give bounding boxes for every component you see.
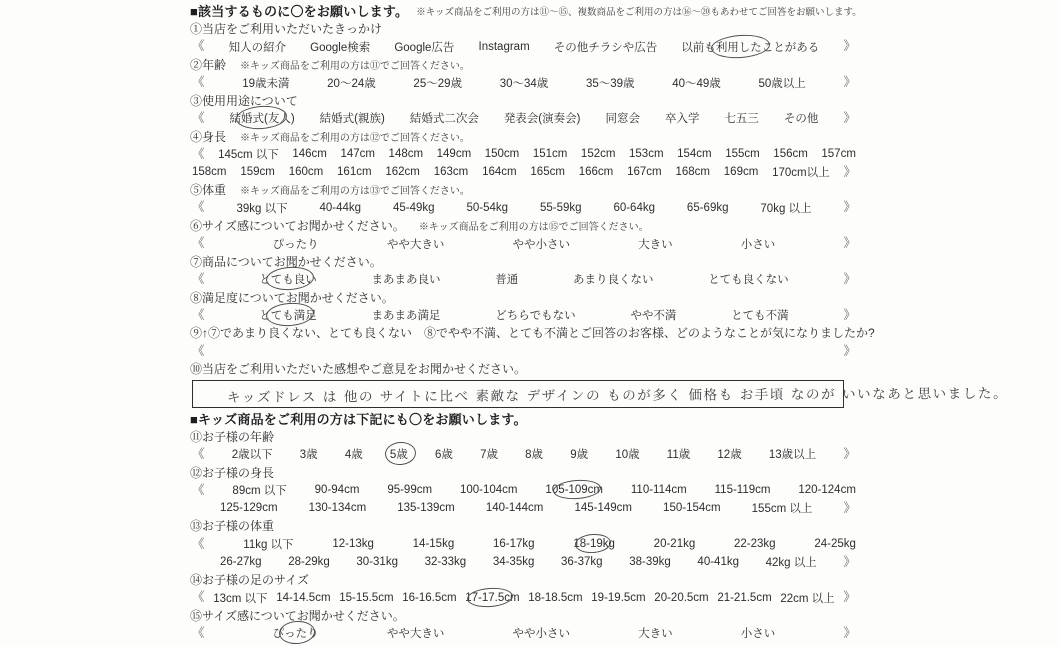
open-bracket: 《 <box>192 40 205 53</box>
question-label: ③使用用途について <box>190 91 858 109</box>
option: 10歳 <box>615 446 639 462</box>
close-bracket: 》 <box>843 502 856 515</box>
open-bracket: 《 <box>192 273 205 286</box>
option: Google広告 <box>394 39 454 55</box>
question-label: ⑮サイズ感についてお聞かせください。 <box>190 607 858 625</box>
answer-box: キッズドレス は 他の サイトに比べ 素敵な デザインの ものが多く 価格も お… <box>192 380 844 408</box>
option: 163cm <box>434 166 469 178</box>
option: 19歳未満 <box>242 75 289 91</box>
question-label: ⑨↑⑦であまり良くない、とても良くない ⑧でやや不満、とても不満とご回答のお客様… <box>190 324 858 342</box>
option: 148cm <box>389 148 424 160</box>
option: Instagram <box>479 41 530 53</box>
option: 5歳 <box>390 446 408 462</box>
option: 25〜29歳 <box>413 75 462 91</box>
open-bracket: 《 <box>192 484 205 497</box>
open-bracket: 《 <box>192 448 205 461</box>
option: 16-17kg <box>493 538 535 550</box>
option: 146cm <box>292 148 327 160</box>
question-label: ⑤体重※キッズ商品をご利用の方は⑬でご回答ください。 <box>190 181 858 199</box>
question-text: ⑫お子様の身長 <box>190 464 274 481</box>
option: 普通 <box>495 271 518 287</box>
question-label: ⑪お子様の年齢 <box>190 428 858 446</box>
option: 150cm <box>485 148 520 160</box>
question-text: ⑭お子様の足のサイズ <box>190 571 309 588</box>
question-label: ⑥サイズ感についてお聞かせください。※キッズ商品をご利用の方は⑮でご回答ください… <box>190 217 858 235</box>
option: どちらでもない <box>495 307 575 323</box>
option: 153cm <box>629 148 664 160</box>
close-bracket: 》 <box>843 201 856 214</box>
pen-circle: 婚式(友 <box>241 110 279 126</box>
option: 120-124cm <box>798 484 856 496</box>
option: 大きい <box>638 236 673 252</box>
option: 42kg 以上 <box>766 554 817 570</box>
option: 小さい <box>741 625 776 640</box>
options-row: 《19歳未満20〜24歳25〜29歳30〜34歳35〜39歳40〜49歳50歳以… <box>190 74 858 92</box>
option: 157cm <box>821 148 856 160</box>
option: 165cm <box>530 166 565 178</box>
question-note: ※キッズ商品をご利用の方は⑪でご回答ください。 <box>240 57 470 72</box>
option: 45-49kg <box>393 202 435 214</box>
survey-page: { "colors": { "ink": "#2e2e2e", "pen": "… <box>0 0 1060 640</box>
open-bracket: 《 <box>192 112 205 125</box>
option: 8歳 <box>525 446 543 462</box>
question-text: ①当店をご利用いただいたきっかけ <box>190 20 382 37</box>
option: 105-109cm <box>545 484 603 496</box>
option: 40〜49歳 <box>672 75 721 91</box>
question-label: ④身長※キッズ商品をご利用の方は⑫でご回答ください。 <box>190 127 858 145</box>
options-row: 《》 <box>190 342 858 360</box>
option: 7歳 <box>480 446 498 462</box>
pen-circle: 利用した <box>716 39 762 55</box>
option: 35〜39歳 <box>586 75 635 91</box>
pen-circle: ても満 <box>271 307 306 323</box>
option: 156cm <box>773 148 808 160</box>
option: 160cm <box>289 166 324 178</box>
close-bracket: 》 <box>843 273 856 286</box>
option: 20〜24歳 <box>327 75 376 91</box>
option: 結婚式(親族) <box>320 110 385 126</box>
close-bracket: 》 <box>843 309 856 322</box>
option: 14-15kg <box>413 538 455 550</box>
option: 145cm 以下 <box>218 146 279 162</box>
question-text: ⑩当店をご利用いただいた感想やご意見をお聞かせください。 <box>190 360 526 377</box>
option: 39kg 以下 <box>236 200 287 216</box>
option: 125-129cm <box>220 502 278 514</box>
section-title: ■キッズ商品をご利用の方は下記にも〇をお願いします。 <box>190 409 527 428</box>
option: 知人の紹介 <box>229 39 287 55</box>
option: 169cm <box>724 166 759 178</box>
question-text: ⑬お子様の体重 <box>190 517 274 534</box>
options-row: 158cm159cm160cm161cm162cm163cm164cm165cm… <box>190 163 858 181</box>
open-bracket: 《 <box>192 237 205 250</box>
options-row: 《ぴったりやや大きいやや小さい大きい小さい》 <box>190 235 858 253</box>
question-text: ⑤体重 <box>190 181 226 198</box>
option: 12-13kg <box>332 538 374 550</box>
close-bracket: 》 <box>843 112 856 125</box>
section-header: ■キッズ商品をご利用の方は下記にも〇をお願いします。 <box>190 410 858 428</box>
question-label: ⑭お子様の足のサイズ <box>190 571 858 589</box>
question-note: ※キッズ商品をご利用の方は⑮でご回答ください。 <box>419 218 649 233</box>
open-bracket: 《 <box>192 76 205 89</box>
option: 152cm <box>581 148 616 160</box>
option: 150-154cm <box>663 502 721 514</box>
open-bracket: 《 <box>192 345 205 358</box>
close-bracket: 》 <box>843 166 856 179</box>
option: とても良い <box>259 271 317 287</box>
pen-circle: った <box>284 625 307 640</box>
question-text: ③使用用途について <box>190 92 298 109</box>
handwritten-comment: キッズドレス は 他の サイトに比べ 素敵な デザインの ものが多く 価格も お… <box>193 382 1008 406</box>
option: やや大きい <box>387 236 445 252</box>
section-header: ■該当するものに〇をお願いします。※キッズ商品をご利用の方は⑪〜⑮、複数商品をご… <box>190 2 858 20</box>
option: 結婚式(友人) <box>230 110 295 126</box>
option: とても良くない <box>708 271 789 287</box>
option: 26-27kg <box>220 556 262 568</box>
option: 20-20.5cm <box>654 592 708 604</box>
question-note: ※キッズ商品をご利用の方は⑫でご回答ください。 <box>240 129 470 144</box>
options-row: 《2歳以下3歳4歳5歳6歳7歳8歳9歳10歳11歳12歳13歳以上》 <box>190 445 858 463</box>
option: 147cm <box>340 148 375 160</box>
option: 162cm <box>385 166 420 178</box>
option: 50歳以上 <box>758 75 805 91</box>
option: あまり良くない <box>573 271 654 287</box>
open-bracket: 《 <box>192 591 205 604</box>
option: 3歳 <box>300 446 318 462</box>
option: 14-14.5cm <box>276 592 330 604</box>
option: 18-19kg <box>573 538 615 550</box>
question-text: ⑨↑⑦であまり良くない、とても良くない ⑧でやや不満、とても不満とご回答のお客様… <box>190 324 875 341</box>
options-row: 26-27kg28-29kg30-31kg32-33kg34-35kg36-37… <box>190 553 858 571</box>
option: 13歳以上 <box>769 446 816 462</box>
option: 19-19.5cm <box>591 592 645 604</box>
option: 164cm <box>482 166 517 178</box>
options-row: 《とても良いまあまあ良い普通あまり良くないとても良くない》 <box>190 270 858 288</box>
option: 167cm <box>627 166 662 178</box>
option: Google検索 <box>310 39 370 55</box>
option: 同窓会 <box>605 110 640 126</box>
option: 90-94cm <box>315 484 360 496</box>
survey-sheet: ■該当するものに〇をお願いします。※キッズ商品をご利用の方は⑪〜⑮、複数商品をご… <box>190 2 858 640</box>
option: 9歳 <box>570 446 588 462</box>
answer-box-row: キッズドレス は 他の サイトに比べ 素敵な デザインの ものが多く 価格も お… <box>190 378 858 410</box>
open-bracket: 《 <box>192 538 205 551</box>
option: ぴったり <box>273 625 319 640</box>
option: 2歳以下 <box>232 446 273 462</box>
option: 22-23kg <box>734 538 776 550</box>
pen-circle: 5歳 <box>390 446 408 462</box>
option: 89cm 以下 <box>232 482 286 498</box>
option: 166cm <box>579 166 614 178</box>
option: 149cm <box>437 148 472 160</box>
close-bracket: 》 <box>843 627 856 640</box>
option: 155cm <box>725 148 760 160</box>
option: 28-29kg <box>288 556 330 568</box>
close-bracket: 》 <box>843 40 856 53</box>
open-bracket: 《 <box>192 148 205 161</box>
option: 168cm <box>675 166 710 178</box>
option: 170cm以上 <box>772 164 830 180</box>
option: 154cm <box>677 148 712 160</box>
pen-circle: 5-109c <box>558 484 593 496</box>
close-bracket: 》 <box>843 237 856 250</box>
option: ぴったり <box>273 236 319 252</box>
option: 161cm <box>337 166 372 178</box>
option: 以前も利用したことがある <box>681 39 819 55</box>
option: 17-17.5cm <box>465 592 519 604</box>
option: 13cm 以下 <box>213 590 267 606</box>
option: 七五三 <box>724 110 759 126</box>
question-text: ④身長 <box>190 128 226 145</box>
option: 40-41kg <box>697 556 739 568</box>
option: 155cm 以上 <box>752 500 813 516</box>
question-text: ⑦商品についてお聞かせください。 <box>190 253 382 270</box>
option: 151cm <box>533 148 568 160</box>
options-row: 《ぴったりやや大きいやや小さい大きい小さい》 <box>190 624 858 640</box>
option: 130-134cm <box>309 502 367 514</box>
question-label: ⑬お子様の体重 <box>190 517 858 535</box>
option: まあまあ良い <box>371 271 440 287</box>
question-text: ⑥サイズ感についてお聞かせください。 <box>190 217 405 234</box>
option: 発表会(演奏会) <box>504 110 581 126</box>
option: やや小さい <box>512 625 570 640</box>
option: 11kg 以下 <box>243 536 293 552</box>
option: 16-16.5cm <box>402 592 456 604</box>
option: まあまあ満足 <box>372 307 441 323</box>
option: 34-35kg <box>493 556 535 568</box>
option: 36-37kg <box>561 556 603 568</box>
option: 145-149cm <box>574 502 632 514</box>
question-label: ⑫お子様の身長 <box>190 463 858 481</box>
option: 100-104cm <box>460 484 518 496</box>
question-text: ⑧満足度についてお聞かせください。 <box>190 289 394 306</box>
options-row: 125-129cm130-134cm135-139cm140-144cm145-… <box>190 499 858 517</box>
pen-circle: ても良 <box>271 271 306 287</box>
option: 結婚式二次会 <box>410 110 479 126</box>
option: 70kg 以上 <box>760 200 811 216</box>
option: 95-99cm <box>387 484 432 496</box>
question-text: ②年齢 <box>190 56 226 73</box>
options-row: 《とても満足まあまあ満足どちらでもないやや不満とても不満》 <box>190 306 858 324</box>
option: 大きい <box>638 625 673 640</box>
option: 115-119cm <box>715 484 771 496</box>
option: とても不満 <box>731 307 789 323</box>
option: 4歳 <box>345 446 363 462</box>
open-bracket: 《 <box>192 627 205 640</box>
question-label: ⑦商品についてお聞かせください。 <box>190 252 858 270</box>
open-bracket: 《 <box>192 201 205 214</box>
question-label: ⑩当店をご利用いただいた感想やご意見をお聞かせください。 <box>190 360 858 378</box>
close-bracket: 》 <box>843 591 856 604</box>
pen-circle: 8-19 <box>580 538 603 550</box>
options-row: 《11kg 以下12-13kg14-15kg16-17kg18-19kg20-2… <box>190 535 858 553</box>
option: 158cm <box>192 166 227 178</box>
option: その他チラシや広告 <box>554 39 658 55</box>
question-label: ①当店をご利用いただいたきっかけ <box>190 20 858 38</box>
option: 30-31kg <box>356 556 398 568</box>
options-row: 《13cm 以下14-14.5cm15-15.5cm16-16.5cm17-17… <box>190 589 858 607</box>
option: 卒入学 <box>665 110 700 126</box>
close-bracket: 》 <box>843 345 856 358</box>
option: 60-64kg <box>613 202 655 214</box>
options-row: 《39kg 以下40-44kg45-49kg50-54kg55-59kg60-6… <box>190 199 858 217</box>
option: 140-144cm <box>486 502 544 514</box>
option: 110-114cm <box>631 484 687 496</box>
options-row: 《89cm 以下90-94cm95-99cm100-104cm105-109cm… <box>190 481 858 499</box>
option: 15-15.5cm <box>339 592 393 604</box>
close-bracket: 》 <box>843 448 856 461</box>
options-row: 《知人の紹介Google検索Google広告Instagramその他チラシや広告… <box>190 38 858 56</box>
option: 6歳 <box>435 446 453 462</box>
option: その他 <box>784 110 819 126</box>
option: やや不満 <box>630 307 676 323</box>
option: 21-21.5cm <box>717 592 771 604</box>
question-text: ⑮サイズ感についてお聞かせください。 <box>190 607 405 624</box>
close-bracket: 》 <box>843 76 856 89</box>
option: 50-54kg <box>466 202 508 214</box>
option: 20-21kg <box>654 538 696 550</box>
options-row: 《結婚式(友人)結婚式(親族)結婚式二次会発表会(演奏会)同窓会卒入学七五三その… <box>190 109 858 127</box>
option: 159cm <box>240 166 275 178</box>
option: 38-39kg <box>629 556 671 568</box>
option: 135-139cm <box>397 502 455 514</box>
option: 55-59kg <box>540 202 582 214</box>
question-text: ⑪お子様の年齢 <box>190 428 274 445</box>
section-title: ■該当するものに〇をお願いします。 <box>190 1 408 20</box>
option: 40-44kg <box>320 202 362 214</box>
options-row: 《145cm 以下146cm147cm148cm149cm150cm151cm1… <box>190 145 858 163</box>
option: 12歳 <box>717 446 741 462</box>
option: 11歳 <box>667 446 690 462</box>
option: とても満足 <box>259 307 317 323</box>
option: 65-69kg <box>687 202 729 214</box>
option: 32-33kg <box>425 556 467 568</box>
option: 18-18.5cm <box>528 592 582 604</box>
open-bracket: 《 <box>192 309 205 322</box>
option: やや大きい <box>387 625 445 640</box>
question-label: ⑧満足度についてお聞かせください。 <box>190 288 858 306</box>
option: 30〜34歳 <box>500 75 549 91</box>
question-note: ※キッズ商品をご利用の方は⑬でご回答ください。 <box>240 182 470 197</box>
question-label: ②年齢※キッズ商品をご利用の方は⑪でご回答ください。 <box>190 56 858 74</box>
option: 小さい <box>741 236 776 252</box>
pen-circle: 7-17.5 <box>472 592 505 604</box>
section-note: ※キッズ商品をご利用の方は⑪〜⑮、複数商品をご利用の方は⑯〜⑳もあわせてご回答を… <box>416 4 862 18</box>
option: 24-25kg <box>814 538 856 550</box>
option: 22cm 以上 <box>780 590 834 606</box>
option: やや小さい <box>512 236 570 252</box>
close-bracket: 》 <box>843 556 856 569</box>
